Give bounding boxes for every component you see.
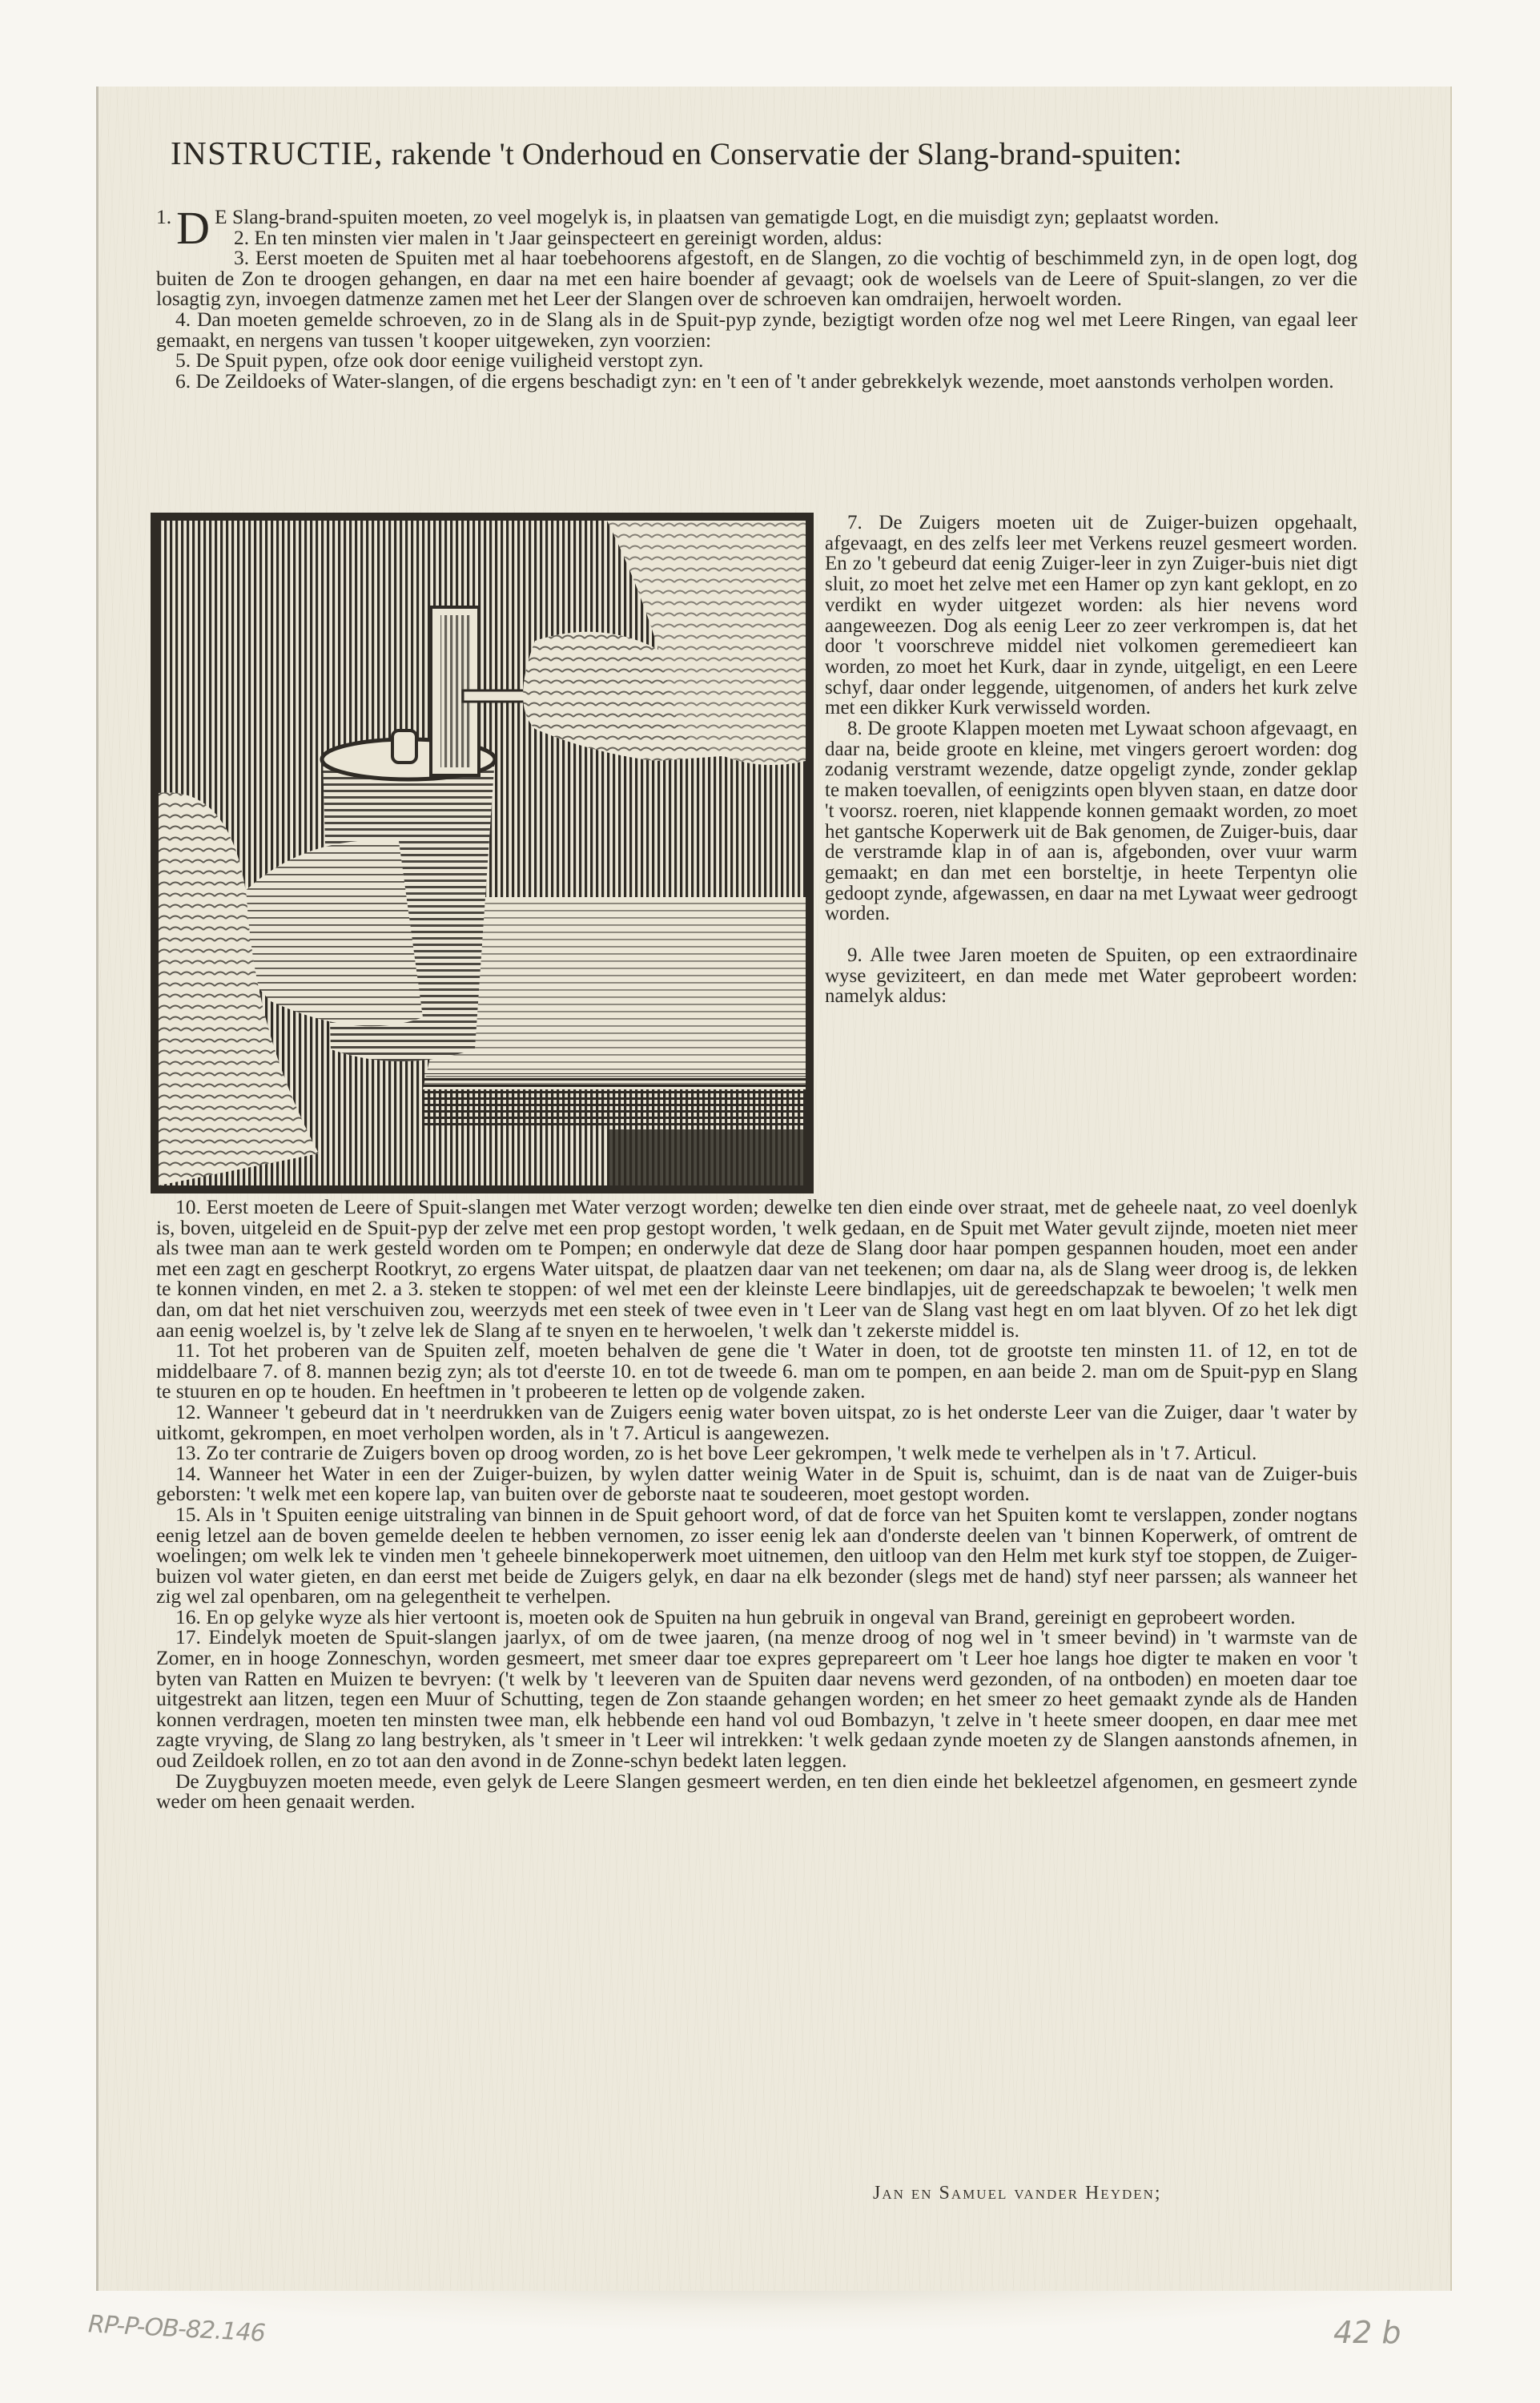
article-text: Eerst moeten de Spuiten met al haar toeb… [156, 246, 1357, 310]
article-7: 7. De Zuigers moeten uit de Zuiger-buize… [825, 513, 1357, 718]
article-text: Eindelyk moeten de Spuit-slangen jaarlyx… [156, 1625, 1357, 1772]
article-text: Als in 't Spuiten eenige uitstraling van… [156, 1503, 1357, 1608]
publisher-signature: Jan en Samuel vander Heyden; [873, 2183, 1162, 2204]
drop-cap: D [176, 208, 210, 248]
article-text: De Zuigers moeten uit de Zuiger-buizen o… [825, 512, 1357, 718]
articles-top: 1. D E Slang-brand-spuiten moeten, zo ve… [156, 207, 1357, 391]
closing-paragraph: De Zuygbuyzen moeten meede, even gelyk d… [156, 1771, 1357, 1812]
article-16: 16. En op gelyke wyze als hier vertoont … [156, 1607, 1357, 1628]
article-number: 7. [847, 512, 862, 533]
article-5: 5. De Spuit pypen, ofze ook door eenige … [156, 350, 1357, 371]
woodcut-illustration [151, 513, 814, 1193]
article-text: De Zuygbuyzen moeten meede, even gelyk d… [156, 1769, 1357, 1813]
article-15: 15. Als in 't Spuiten eenige uitstraling… [156, 1504, 1357, 1607]
article-text: De Zeildoeks of Water-slangen, of die er… [196, 369, 1334, 392]
article-4: 4. Dan moeten gemelde schroeven, zo in d… [156, 309, 1357, 350]
article-3: 3. Eerst moeten de Spuiten met al haar t… [156, 248, 1357, 309]
article-8: 8. De groote Klappen moeten met Lywaat s… [825, 718, 1357, 924]
woodcut-frame [159, 521, 806, 1185]
article-text: Dan moeten gemelde schroeven, zo in de S… [156, 308, 1357, 352]
article-11: 11. Tot het proberen van de Spuiten zelf… [156, 1340, 1357, 1402]
article-6: 6. De Zeildoeks of Water-slangen, of die… [156, 371, 1357, 392]
article-9: 9. Alle twee Jaren moeten de Spuiten, op… [825, 945, 1357, 1007]
article-17: 17. Eindelyk moeten de Spuit-slangen jaa… [156, 1627, 1357, 1770]
article-text: Alle twee Jaren moeten de Spuiten, op ee… [825, 944, 1357, 1007]
article-text: Wanneer 't gebeurd dat in 't neerdrukken… [156, 1400, 1357, 1444]
articles-bottom: 10. Eerst moeten de Leere of Spuit-slang… [156, 1197, 1357, 1812]
article-text: Eerst moeten de Leere of Spuit-slangen m… [156, 1195, 1357, 1342]
document-title: INSTRUCTIE, rakende 't Onderhoud en Cons… [171, 134, 1372, 172]
article-number: 8. [847, 718, 862, 739]
title-rest: rakende 't Onderhoud en Conservatie der … [384, 137, 1182, 171]
article-1: 1. D E Slang-brand-spuiten moeten, zo ve… [156, 207, 1357, 227]
article-10: 10. Eerst moeten de Leere of Spuit-slang… [156, 1197, 1357, 1340]
article-number: 9. [847, 944, 862, 966]
article-text: E Slang-brand-spuiten moeten, zo veel mo… [215, 205, 1219, 228]
article-number: 6. [175, 369, 191, 392]
article-12: 12. Wanneer 't gebeurd dat in 't neerdru… [156, 1402, 1357, 1443]
articles-right-column: 7. De Zuigers moeten uit de Zuiger-buize… [825, 513, 1357, 1007]
pump-cylinder-hammer-illustration [159, 521, 806, 1185]
page-mark-pencil: 42 b [1333, 2315, 1401, 2350]
article-text: Wanneer het Water in een der Zuiger-buiz… [156, 1462, 1357, 1506]
article-number: 1. [156, 207, 171, 227]
article-text: Tot het proberen van de Spuiten zelf, mo… [156, 1338, 1357, 1403]
article-13: 13. Zo ter contrarie de Zuigers boven op… [156, 1443, 1357, 1463]
article-2: 2. En ten minsten vier malen in 't Jaar … [156, 227, 1357, 248]
article-text: De groote Klappen moeten met Lywaat scho… [825, 718, 1357, 924]
title-caps: INSTRUCTIE, [171, 135, 384, 171]
article-14: 14. Wanneer het Water in een der Zuiger-… [156, 1463, 1357, 1504]
